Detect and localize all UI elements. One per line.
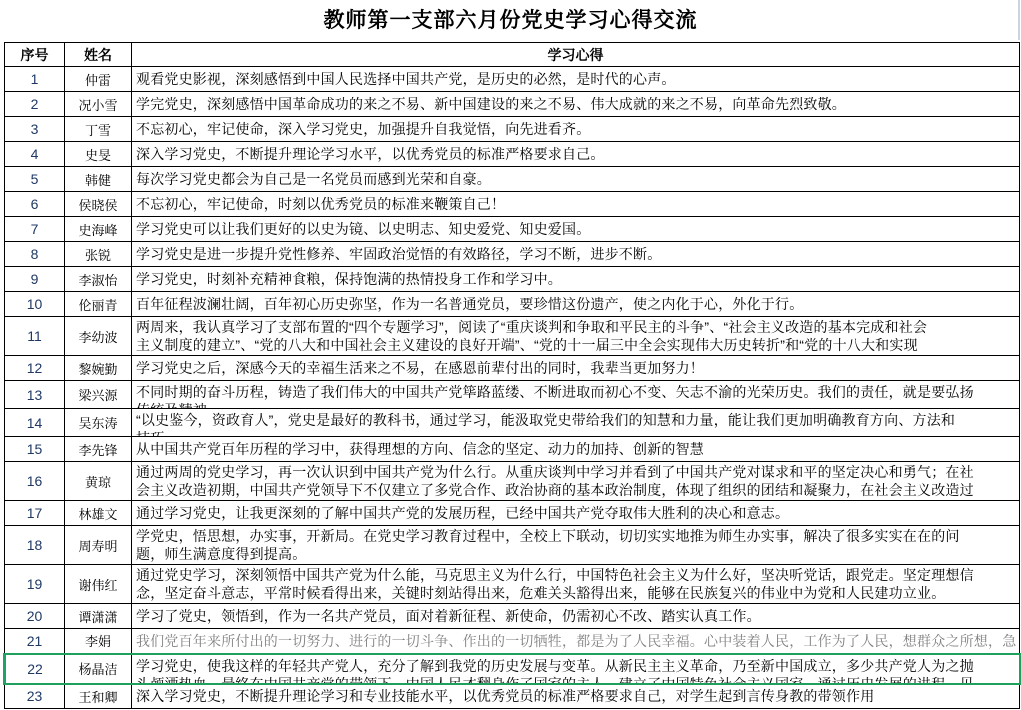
content-line: 百年征程波澜壮阔，百年初心历史弥坚，作为一名普通党员，要珍惜这份遗产，使之内化于…: [136, 295, 1017, 313]
row-content-cell[interactable]: 两周来，我认真学习了支部布置的“四个专题学习”，阅读了“重庆谈判和争取和平民主的…: [132, 317, 1020, 356]
row-content-text: 百年征程波澜壮阔，百年初心历史弥坚，作为一名普通党员，要珍惜这份遗产，使之内化于…: [136, 295, 1017, 313]
table-row: 8 张锐 学习党史是进一步提升党性修养、牢固政治觉悟的有效路径，学习不断，进步不…: [5, 242, 1020, 267]
content-line: 会主义改造初期，中国共产党领导下不仅建立了多党合作、政治协商的基本政治制度，体现…: [136, 481, 1017, 499]
table-row: 11 李幼波 两周来，我认真学习了支部布置的“四个专题学习”，阅读了“重庆谈判和…: [5, 317, 1020, 356]
table-row: 2 况小雪 学完党史，深刻感悟中国革命成功的来之不易、新中国建设的来之不易、伟大…: [5, 92, 1020, 117]
row-content-text: 从中国共产党百年历程的学习中，获得理想的方向、信念的坚定、动力的加持、创新的智慧: [136, 440, 1017, 458]
row-name-cell[interactable]: 李淑怡: [65, 267, 132, 292]
row-number-cell[interactable]: 21: [5, 629, 65, 654]
content-line: 学习党史，使我这样的年轻共产党人，充分了解到我党的历史发展与变革。从新民主主义革…: [136, 657, 1017, 675]
row-content-cell[interactable]: 从中国共产党百年历程的学习中，获得理想的方向、信念的坚定、动力的加持、创新的智慧: [132, 437, 1020, 462]
content-line: 深入学习党史，不断提升理论学习水平，以优秀党员的标准严格要求自己。: [136, 145, 1017, 163]
row-name-cell[interactable]: 李幼波: [65, 317, 132, 356]
row-content-cell[interactable]: 学习党史可以让我们更好的以史为镜、以史明志、知史爱党、知史爱国。: [132, 217, 1020, 242]
content-line: 深入学习党史，不断提升理论学习和专业技能水平，以优秀党员的标准严格要求自己，对学…: [136, 687, 1017, 705]
content-line: 学习党史，时刻补充精神食粮，保持饱满的热情投身工作和学习中。: [136, 270, 1017, 288]
row-content-cell[interactable]: 不忘初心，牢记使命，时刻以优秀党员的标准来鞭策自己！: [132, 192, 1020, 217]
row-content-text: 两周来，我认真学习了支部布置的“四个专题学习”，阅读了“重庆谈判和争取和平民主的…: [136, 318, 1017, 354]
row-content-text: 不忘初心，牢记使命，时刻以优秀党员的标准来鞭策自己！: [136, 195, 1017, 213]
row-name-cell[interactable]: 谭潇潇: [65, 604, 132, 629]
row-content-text: 深入学习党史，不断提升理论学习和专业技能水平，以优秀党员的标准严格要求自己，对学…: [136, 687, 1017, 705]
row-name-cell[interactable]: 李娟: [65, 629, 132, 654]
row-content-text: 观看党史影视，深刻感悟到中国人民选择中国共产党，是历史的必然，是时代的心声。: [136, 70, 1017, 88]
row-content-text: 学完党史，深刻感悟中国革命成功的来之不易、新中国建设的来之不易、伟大成就的来之不…: [136, 95, 1017, 113]
row-number-cell[interactable]: 23: [5, 684, 65, 709]
row-content-text: 学习党史，使我这样的年轻共产党人，充分了解到我党的历史发展与变革。从新民主主义革…: [136, 657, 1017, 683]
table-row: 14 吴东涛 “以史鉴今，资政育人”，党史是最好的教科书，通过学习，能汲取党史带…: [5, 409, 1020, 437]
row-name-cell[interactable]: 侯晓侯: [65, 192, 132, 217]
table-row: 20 谭潇潇 学习了党史，领悟到，作为一名共产党员，面对着新征程、新使命，仍需初…: [5, 604, 1020, 629]
table-row: 12 黎婉勤 学习党史之后，深感今天的幸福生活来之不易，在感恩前辈付出的同时，我…: [5, 356, 1020, 381]
row-name-cell[interactable]: 林雄文: [65, 501, 132, 526]
table-body: 1 仲雷 观看党史影视，深刻感悟到中国人民选择中国共产党，是历史的必然，是时代的…: [5, 67, 1020, 709]
table-row: 23 王和卿 深入学习党史，不断提升理论学习和专业技能水平，以优秀党员的标准严格…: [5, 684, 1020, 709]
row-name-cell[interactable]: 史海峰: [65, 217, 132, 242]
row-number-cell[interactable]: 12: [5, 356, 65, 381]
row-content-cell[interactable]: 观看党史影视，深刻感悟到中国人民选择中国共产党，是历史的必然，是时代的心声。: [132, 67, 1020, 92]
table-row: 4 史旻 深入学习党史，不断提升理论学习水平，以优秀党员的标准严格要求自己。: [5, 142, 1020, 167]
row-content-text: 学习党史之后，深感今天的幸福生活来之不易，在感恩前辈付出的同时，我辈当更加努力！: [136, 359, 1017, 377]
row-content-cell[interactable]: 深入学习党史，不断提升理论学习水平，以优秀党员的标准严格要求自己。: [132, 142, 1020, 167]
row-content-cell[interactable]: 通过学习党史，让我更深刻的了解中国共产党的发展历程，已经中国共产党夺取伟大胜利的…: [132, 501, 1020, 526]
row-number-cell[interactable]: 2: [5, 92, 65, 117]
content-line: 不忘初心，牢记使命，深入学习党史，加强提升自我觉悟，向先进看齐。: [136, 120, 1017, 138]
row-number-cell[interactable]: 13: [5, 381, 65, 409]
row-number-cell[interactable]: 11: [5, 317, 65, 356]
spreadsheet-page: 教师第一支部六月份党史学习心得交流 序号 姓名 学习心得 1 仲雷 观看党史影视…: [0, 0, 1021, 710]
row-number-cell[interactable]: 8: [5, 242, 65, 267]
row-content-text: 学习党史，时刻补充精神食粮，保持饱满的热情投身工作和学习中。: [136, 270, 1017, 288]
row-name-cell[interactable]: 伦丽青: [65, 292, 132, 317]
row-number-cell[interactable]: 20: [5, 604, 65, 629]
row-name-cell[interactable]: 周寿明: [65, 526, 132, 565]
content-line: 题，师生满意度得到提高。: [136, 545, 1017, 563]
table-row: 18 周寿明 学党史，悟思想，办实事，开新局。在党史学习教育过程中，全校上下联动…: [5, 526, 1020, 565]
row-content-cell[interactable]: 通过党史学习，深刻领悟中国共产党为什么能，马克思主义为什么行，中国特色社会主义为…: [132, 565, 1020, 604]
table-row: 1 仲雷 观看党史影视，深刻感悟到中国人民选择中国共产党，是历史的必然，是时代的…: [5, 67, 1020, 92]
row-content-text: 通过两周的党史学习，再一次认识到中国共产党为什么行。从重庆谈判中学习并看到了中国…: [136, 463, 1017, 499]
row-content-text: 通过党史学习，深刻领悟中国共产党为什么能，马克思主义为什么行，中国特色社会主义为…: [136, 566, 1017, 602]
row-content-cell[interactable]: 学党史，悟思想，办实事，开新局。在党史学习教育过程中，全校上下联动，切切实实地推…: [132, 526, 1020, 565]
row-content-cell[interactable]: 学习党史，时刻补充精神食粮，保持饱满的热情投身工作和学习中。: [132, 267, 1020, 292]
content-line: 从中国共产党百年历程的学习中，获得理想的方向、信念的坚定、动力的加持、创新的智慧: [136, 440, 1017, 458]
row-number-cell[interactable]: 22: [5, 654, 65, 684]
content-line: 学习党史可以让我们更好的以史为镜、以史明志、知史爱党、知史爱国。: [136, 220, 1017, 238]
content-line: 通过两周的党史学习，再一次认识到中国共产党为什么行。从重庆谈判中学习并看到了中国…: [136, 463, 1017, 481]
content-line: 我们党百年来所付出的一切努力、进行的一切斗争、作出的一切牺牲，都是为了人民幸福。…: [136, 632, 1017, 650]
row-number-cell[interactable]: 1: [5, 67, 65, 92]
row-number-cell[interactable]: 16: [5, 462, 65, 501]
row-number-cell[interactable]: 17: [5, 501, 65, 526]
row-content-cell[interactable]: 百年征程波澜壮阔，百年初心历史弥坚，作为一名普通党员，要珍惜这份遗产，使之内化于…: [132, 292, 1020, 317]
row-content-cell[interactable]: “以史鉴今，资政育人”，党史是最好的教科书，通过学习，能汲取党史带给我们的知慧和…: [132, 409, 1020, 437]
content-line: 观看党史影视，深刻感悟到中国人民选择中国共产党，是历史的必然，是时代的心声。: [136, 70, 1017, 88]
row-number-cell[interactable]: 4: [5, 142, 65, 167]
header-name[interactable]: 姓名: [65, 43, 132, 67]
window-edge-line: [1018, 0, 1020, 40]
table-row: 17 林雄文 通过学习党史，让我更深刻的了解中国共产党的发展历程，已经中国共产党…: [5, 501, 1020, 526]
row-content-text: 我们党百年来所付出的一切努力、进行的一切斗争、作出的一切牺牲，都是为了人民幸福。…: [136, 632, 1017, 650]
content-line: 主义制度的建立”、“党的八大和中国社会主义建设的良好开端”、“党的十一届三中全会…: [136, 336, 1017, 354]
row-number-cell[interactable]: 6: [5, 192, 65, 217]
row-content-text: 学习党史可以让我们更好的以史为镜、以史明志、知史爱党、知史爱国。: [136, 220, 1017, 238]
page-title: 教师第一支部六月份党史学习心得交流: [0, 0, 1021, 42]
row-number-cell[interactable]: 5: [5, 167, 65, 192]
row-content-cell[interactable]: 学习党史是进一步提升党性修养、牢固政治觉悟的有效路径，学习不断，进步不断。: [132, 242, 1020, 267]
content-line: 念，坚定奋斗意志，平常时候看得出来，关键时刻站得出来，危难关头豁得出来，能够在民…: [136, 584, 1017, 602]
row-content-cell[interactable]: 学完党史，深刻感悟中国革命成功的来之不易、新中国建设的来之不易、伟大成就的来之不…: [132, 92, 1020, 117]
header-row: 序号 姓名 学习心得: [5, 43, 1020, 67]
table-row: 22 杨晶洁 学习党史，使我这样的年轻共产党人，充分了解到我党的历史发展与变革。…: [5, 654, 1020, 684]
row-name-cell[interactable]: 谢伟红: [65, 565, 132, 604]
row-name-cell[interactable]: 仲雷: [65, 67, 132, 92]
table-row: 16 黄琼 通过两周的党史学习，再一次认识到中国共产党为什么行。从重庆谈判中学习…: [5, 462, 1020, 501]
row-name-cell[interactable]: 况小雪: [65, 92, 132, 117]
row-name-cell[interactable]: 杨晶洁: [65, 654, 132, 684]
content-line: 头颅洒热血，最终在中国共产党的带领下，中国人民才翻身作了国家的主人，建立了中国特…: [136, 675, 1017, 683]
content-line: 学习党史是进一步提升党性修养、牢固政治觉悟的有效路径，学习不断，进步不断。: [136, 245, 1017, 263]
content-line: 学完党史，深刻感悟中国革命成功的来之不易、新中国建设的来之不易、伟大成就的来之不…: [136, 95, 1017, 113]
row-name-cell[interactable]: 吴东涛: [65, 409, 132, 437]
row-content-text: 学习了党史，领悟到，作为一名共产党员，面对着新征程、新使命，仍需初心不改、踏实认…: [136, 607, 1017, 625]
table-row: 13 梁兴源 不同时期的奋斗历程，铸造了我们伟大的中国共产党筚路蓝缕、不断进取而…: [5, 381, 1020, 409]
row-content-cell[interactable]: 每次学习党史都会为自己是一名党员而感到光荣和自豪。: [132, 167, 1020, 192]
row-content-text: 通过学习党史，让我更深刻的了解中国共产党的发展历程，已经中国共产党夺取伟大胜利的…: [136, 504, 1017, 522]
row-content-cell[interactable]: 不同时期的奋斗历程，铸造了我们伟大的中国共产党筚路蓝缕、不断进取而初心不变、矢志…: [132, 381, 1020, 409]
row-content-text: 学习党史是进一步提升党性修养、牢固政治觉悟的有效路径，学习不断，进步不断。: [136, 245, 1017, 263]
row-number-cell[interactable]: 7: [5, 217, 65, 242]
table-row: 10 伦丽青 百年征程波澜壮阔，百年初心历史弥坚，作为一名普通党员，要珍惜这份遗…: [5, 292, 1020, 317]
content-line: 通过党史学习，深刻领悟中国共产党为什么能，马克思主义为什么行，中国特色社会主义为…: [136, 566, 1017, 584]
row-content-text: 不忘初心，牢记使命，深入学习党史，加强提升自我觉悟，向先进看齐。: [136, 120, 1017, 138]
content-line: “以史鉴今，资政育人”，党史是最好的教科书，通过学习，能汲取党史带给我们的知慧和…: [136, 411, 1017, 429]
row-number-cell[interactable]: 3: [5, 117, 65, 142]
row-name-cell[interactable]: 王和卿: [65, 684, 132, 709]
study-notes-table: 序号 姓名 学习心得 1 仲雷 观看党史影视，深刻感悟到中国人民选择中国共产党，…: [3, 42, 1021, 709]
row-name-cell[interactable]: 梁兴源: [65, 381, 132, 409]
row-content-cell[interactable]: 通过两周的党史学习，再一次认识到中国共产党为什么行。从重庆谈判中学习并看到了中国…: [132, 462, 1020, 501]
header-content[interactable]: 学习心得: [132, 43, 1020, 67]
content-line: 技巧。: [136, 429, 1017, 436]
table-row: 5 韩健 每次学习党史都会为自己是一名党员而感到光荣和自豪。: [5, 167, 1020, 192]
row-name-cell[interactable]: 黄琼: [65, 462, 132, 501]
row-name-cell[interactable]: 史旻: [65, 142, 132, 167]
header-no[interactable]: 序号: [5, 43, 65, 67]
row-name-cell[interactable]: 丁雪: [65, 117, 132, 142]
content-line: 学习了党史，领悟到，作为一名共产党员，面对着新征程、新使命，仍需初心不改、踏实认…: [136, 607, 1017, 625]
row-number-cell[interactable]: 9: [5, 267, 65, 292]
row-content-cell[interactable]: 学习党史，使我这样的年轻共产党人，充分了解到我党的历史发展与变革。从新民主主义革…: [132, 654, 1020, 684]
row-content-cell[interactable]: 学习了党史，领悟到，作为一名共产党员，面对着新征程、新使命，仍需初心不改、踏实认…: [132, 604, 1020, 629]
row-name-cell[interactable]: 张锐: [65, 242, 132, 267]
content-line: 传统及精神。: [136, 401, 1017, 408]
content-line: 通过学习党史，让我更深刻的了解中国共产党的发展历程，已经中国共产党夺取伟大胜利的…: [136, 504, 1017, 522]
row-content-cell[interactable]: 不忘初心，牢记使命，深入学习党史，加强提升自我觉悟，向先进看齐。: [132, 117, 1020, 142]
table-row: 3 丁雪 不忘初心，牢记使命，深入学习党史，加强提升自我觉悟，向先进看齐。: [5, 117, 1020, 142]
row-name-cell[interactable]: 黎婉勤: [65, 356, 132, 381]
content-line: 每次学习党史都会为自己是一名党员而感到光荣和自豪。: [136, 170, 1017, 188]
row-number-cell[interactable]: 19: [5, 565, 65, 604]
row-number-cell[interactable]: 14: [5, 409, 65, 437]
row-name-cell[interactable]: 李先锋: [65, 437, 132, 462]
row-content-text: “以史鉴今，资政育人”，党史是最好的教科书，通过学习，能汲取党史带给我们的知慧和…: [136, 411, 1017, 436]
row-name-cell[interactable]: 韩健: [65, 167, 132, 192]
content-line: 学党史，悟思想，办实事，开新局。在党史学习教育过程中，全校上下联动，切切实实地推…: [136, 527, 1017, 545]
content-line: 不忘初心，牢记使命，时刻以优秀党员的标准来鞭策自己！: [136, 195, 1017, 213]
content-line: 两周来，我认真学习了支部布置的“四个专题学习”，阅读了“重庆谈判和争取和平民主的…: [136, 318, 1017, 336]
row-content-text: 不同时期的奋斗历程，铸造了我们伟大的中国共产党筚路蓝缕、不断进取而初心不变、矢志…: [136, 383, 1017, 408]
row-number-cell[interactable]: 10: [5, 292, 65, 317]
row-content-text: 每次学习党史都会为自己是一名党员而感到光荣和自豪。: [136, 170, 1017, 188]
row-content-text: 学党史，悟思想，办实事，开新局。在党史学习教育过程中，全校上下联动，切切实实地推…: [136, 527, 1017, 563]
row-number-cell[interactable]: 15: [5, 437, 65, 462]
table-row: 15 李先锋 从中国共产党百年历程的学习中，获得理想的方向、信念的坚定、动力的加…: [5, 437, 1020, 462]
table-row: 7 史海峰 学习党史可以让我们更好的以史为镜、以史明志、知史爱党、知史爱国。: [5, 217, 1020, 242]
content-line: 不同时期的奋斗历程，铸造了我们伟大的中国共产党筚路蓝缕、不断进取而初心不变、矢志…: [136, 383, 1017, 401]
row-content-cell[interactable]: 学习党史之后，深感今天的幸福生活来之不易，在感恩前辈付出的同时，我辈当更加努力！: [132, 356, 1020, 381]
table-row: 21 李娟 我们党百年来所付出的一切努力、进行的一切斗争、作出的一切牺牲，都是为…: [5, 629, 1020, 654]
row-number-cell[interactable]: 18: [5, 526, 65, 565]
table-row: 9 李淑怡 学习党史，时刻补充精神食粮，保持饱满的热情投身工作和学习中。: [5, 267, 1020, 292]
row-content-cell[interactable]: 深入学习党史，不断提升理论学习和专业技能水平，以优秀党员的标准严格要求自己，对学…: [132, 684, 1020, 709]
content-line: 学习党史之后，深感今天的幸福生活来之不易，在感恩前辈付出的同时，我辈当更加努力！: [136, 359, 1017, 377]
table-row: 6 侯晓侯 不忘初心，牢记使命，时刻以优秀党员的标准来鞭策自己！: [5, 192, 1020, 217]
table-row: 19 谢伟红 通过党史学习，深刻领悟中国共产党为什么能，马克思主义为什么行，中国…: [5, 565, 1020, 604]
row-content-cell[interactable]: 我们党百年来所付出的一切努力、进行的一切斗争、作出的一切牺牲，都是为了人民幸福。…: [132, 629, 1020, 654]
row-content-text: 深入学习党史，不断提升理论学习水平，以优秀党员的标准严格要求自己。: [136, 145, 1017, 163]
